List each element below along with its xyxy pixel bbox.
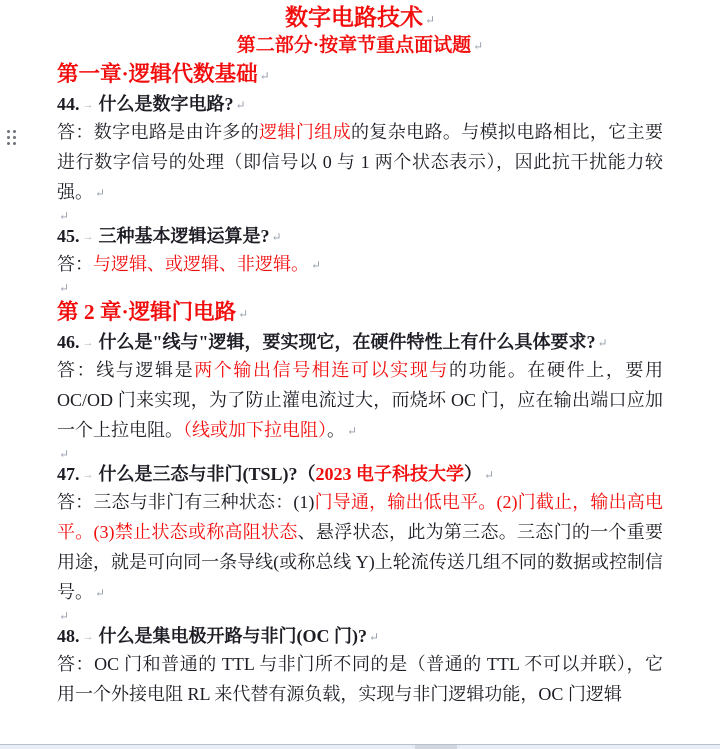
window-bottom-edge bbox=[0, 744, 720, 749]
text-segment: 第二部分·按章节重点面试题 bbox=[237, 35, 471, 56]
question-48: 48.→什么是集电极开路与非门(OC 门)?↵ bbox=[57, 624, 663, 649]
text-segment: （线或加下拉电阻） bbox=[183, 420, 327, 440]
text-segment: 2023 电子科技大学 bbox=[316, 464, 465, 484]
empty-paragraph: ↵ bbox=[57, 208, 663, 224]
text-segment: 答：三态与非门有三种状态：(1) bbox=[57, 492, 314, 512]
text-segment: 44. bbox=[57, 94, 80, 114]
text-segment: 数字电路技术 bbox=[285, 5, 423, 30]
doc-subtitle: 第二部分·按章节重点面试题↵ bbox=[57, 34, 663, 58]
text-segment: 什么是集电极开路与非门(OC 门)? bbox=[99, 626, 368, 646]
paragraph-mark: ↵ bbox=[258, 69, 270, 83]
answer-46: 答：线与逻辑是两个输出信号相连可以实现与的功能。在硬件上，要用 OC/OD 门来… bbox=[57, 355, 663, 446]
paragraph-mark: ↵ bbox=[93, 586, 105, 600]
chapter-1-heading: 第一章·逻辑代数基础↵ bbox=[57, 58, 663, 92]
paragraph-mark: ↵ bbox=[57, 447, 69, 461]
paragraph-mark: ↵ bbox=[234, 98, 246, 112]
text-segment: 第一章·逻辑代数基础 bbox=[57, 62, 258, 86]
tab-mark-icon: → bbox=[80, 469, 99, 481]
text-segment: ） bbox=[464, 464, 482, 484]
empty-paragraph: ↵ bbox=[57, 608, 663, 624]
empty-paragraph: ↵ bbox=[57, 446, 663, 462]
drag-handle-icon[interactable] bbox=[7, 130, 16, 145]
paragraph-mark: ↵ bbox=[595, 336, 607, 350]
paragraph-mark: ↵ bbox=[236, 307, 248, 321]
paragraph-mark: ↵ bbox=[367, 630, 379, 644]
text-segment: 逻辑门组成 bbox=[259, 122, 351, 142]
tab-mark-icon: → bbox=[80, 631, 99, 643]
text-segment: 46. bbox=[57, 332, 80, 352]
answer-44: 答：数字电路是由许多的逻辑门组成的复杂电路。与模拟电路相比，它主要进行数字信号的… bbox=[57, 117, 663, 208]
tab-mark-icon: → bbox=[80, 99, 99, 111]
question-45: 45.→三种基本逻辑运算是?↵ bbox=[57, 224, 663, 249]
text-segment: 两个输出信号相连可以实现与 bbox=[194, 360, 449, 380]
text-segment: 47. bbox=[57, 464, 80, 484]
chapter-2-heading: 第 2 章·逻辑门电路↵ bbox=[57, 296, 663, 330]
text-segment: 45. bbox=[57, 226, 80, 246]
paragraph-mark: ↵ bbox=[57, 281, 69, 295]
paragraph-mark: ↵ bbox=[309, 258, 321, 272]
answer-47: 答：三态与非门有三种状态：(1)门导通，输出低电平。(2)门截止，输出高电平。(… bbox=[57, 487, 663, 608]
paragraph-mark: ↵ bbox=[471, 39, 483, 53]
text-segment: 48. bbox=[57, 626, 80, 646]
paragraph-mark: ↵ bbox=[270, 230, 282, 244]
text-segment: 答： bbox=[57, 254, 93, 274]
tab-mark-icon: → bbox=[80, 337, 99, 349]
empty-paragraph: ↵ bbox=[57, 280, 663, 296]
paragraph-mark: ↵ bbox=[57, 209, 69, 223]
text-segment: 与逻辑、或逻辑、非逻辑。 bbox=[93, 254, 309, 274]
text-segment: 。 bbox=[327, 420, 345, 440]
paragraph-mark: ↵ bbox=[482, 468, 494, 482]
paragraph-mark: ↵ bbox=[57, 609, 69, 623]
paragraph-mark: ↵ bbox=[345, 424, 357, 438]
text-segment: 三种基本逻辑运算是? bbox=[99, 226, 270, 246]
paragraph-mark: ↵ bbox=[423, 13, 435, 27]
answer-45: 答：与逻辑、或逻辑、非逻辑。↵ bbox=[57, 249, 663, 280]
text-segment: 答：数字电路是由许多的 bbox=[57, 122, 259, 142]
answer-48: 答：OC 门和普通的 TTL 与非门所不同的是（普通的 TTL 不可以并联），它… bbox=[57, 649, 663, 709]
scrollbar-thumb[interactable] bbox=[415, 745, 457, 749]
paragraph-mark: ↵ bbox=[93, 186, 105, 200]
text-segment: 答：OC 门和普通的 TTL 与非门所不同的是（普通的 TTL 不可以并联），它… bbox=[57, 654, 663, 704]
question-47: 47.→什么是三态与非门(TSL)?（2023 电子科技大学）↵ bbox=[57, 462, 663, 487]
text-segment: 什么是数字电路? bbox=[99, 94, 234, 114]
text-segment: 第 2 章·逻辑门电路 bbox=[57, 300, 236, 324]
question-44: 44.→什么是数字电路?↵ bbox=[57, 92, 663, 117]
word-document-page: 数字电路技术↵第二部分·按章节重点面试题↵第一章·逻辑代数基础↵44.→什么是数… bbox=[0, 0, 720, 749]
text-segment: 答：线与逻辑是 bbox=[57, 360, 194, 380]
document-body: 数字电路技术↵第二部分·按章节重点面试题↵第一章·逻辑代数基础↵44.→什么是数… bbox=[0, 0, 720, 709]
tab-mark-icon: → bbox=[80, 231, 99, 243]
text-segment: 什么是"线与"逻辑，要实现它，在硬件特性上有什么具体要求? bbox=[99, 332, 596, 352]
text-segment: 什么是三态与非门(TSL)?（ bbox=[99, 464, 316, 484]
question-46: 46.→什么是"线与"逻辑，要实现它，在硬件特性上有什么具体要求?↵ bbox=[57, 330, 663, 355]
doc-title: 数字电路技术↵ bbox=[57, 4, 663, 34]
